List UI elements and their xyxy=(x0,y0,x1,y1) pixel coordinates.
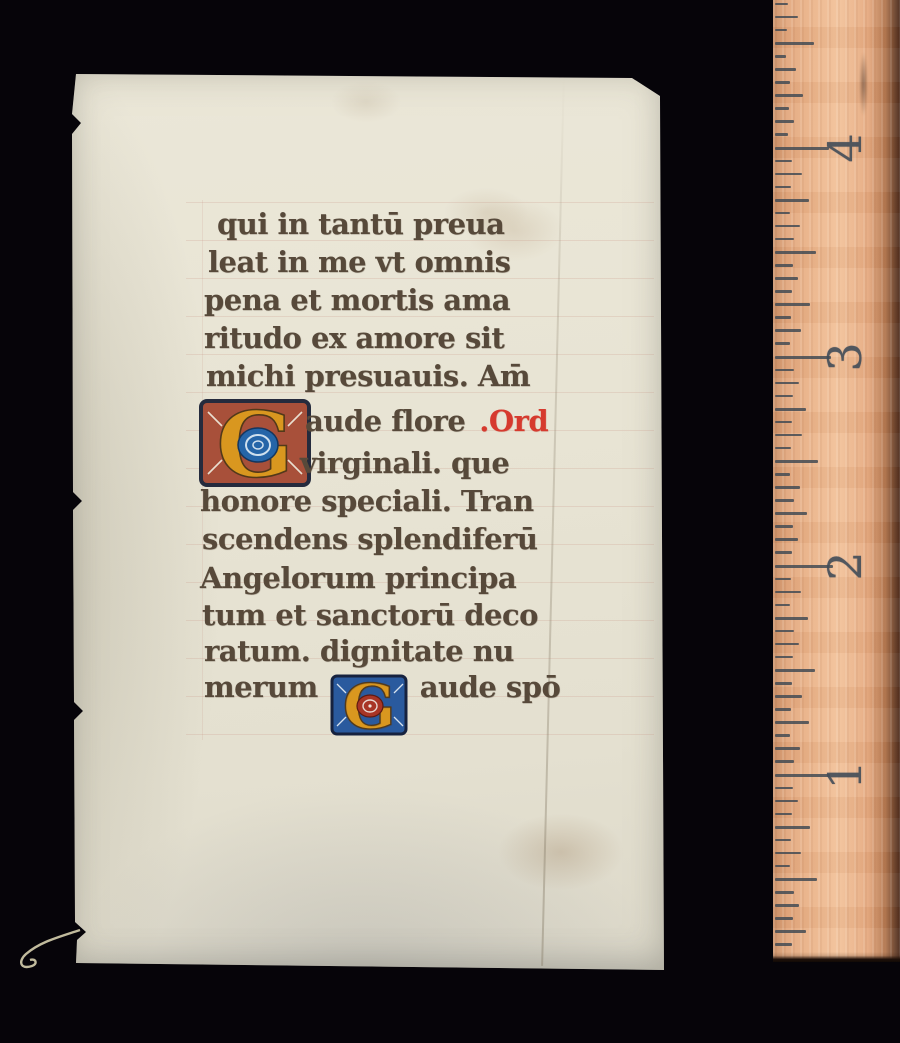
ruler-tick xyxy=(775,656,793,659)
ruler-number-4: 4 xyxy=(815,118,875,178)
ruler-tick xyxy=(775,408,806,411)
ruler-tick xyxy=(775,604,790,607)
ruler-tick xyxy=(775,891,794,894)
ruler-tick xyxy=(775,852,801,855)
ruler-tick xyxy=(775,225,800,228)
ruler-tick xyxy=(775,277,798,280)
ruler-tick xyxy=(775,551,792,554)
manuscript-leaf: qui in tantū preua leat in me vt omnis p… xyxy=(66,72,666,972)
ruler-tick xyxy=(775,708,791,711)
ruler-tick xyxy=(775,421,792,424)
ruler-tick xyxy=(775,55,786,58)
ruler-end-edge xyxy=(773,952,900,962)
ruler-number-3: 3 xyxy=(815,327,875,387)
manuscript-line-13: merum G aude spō xyxy=(204,668,560,736)
ruler-tick xyxy=(775,943,792,946)
ruler-tick xyxy=(775,16,798,19)
ruler-tick xyxy=(775,460,818,463)
ruler-tick xyxy=(775,329,801,332)
ruler-tick xyxy=(775,591,801,594)
ruler-tick xyxy=(775,94,803,97)
ruler-tick xyxy=(775,447,791,450)
illuminated-initial-large: G xyxy=(198,398,312,488)
ruler-number-2: 2 xyxy=(815,536,875,596)
ruler-tick xyxy=(775,760,794,763)
ruler-tick xyxy=(775,42,814,45)
ruler-tick xyxy=(775,3,788,6)
ruler-tick xyxy=(775,512,807,515)
ruler-tick xyxy=(775,251,816,254)
ruler-tick xyxy=(775,538,798,541)
ruler-tick xyxy=(775,930,806,933)
ruler-tick xyxy=(775,904,799,907)
ruler-tick xyxy=(775,787,793,790)
ruler-tick xyxy=(775,199,809,202)
manuscript-line-11: tum et sanctorū deco xyxy=(202,596,538,634)
ruler-tick xyxy=(775,643,799,646)
ruler-tick xyxy=(775,747,800,750)
ruler-tick xyxy=(775,499,794,502)
ruler-tick xyxy=(775,617,808,620)
illuminated-initial-small: G xyxy=(330,674,410,740)
manuscript-line-3: pena et mortis ama xyxy=(204,281,510,319)
rubric-text: .Ord xyxy=(479,404,548,438)
line-6-text: aude flore xyxy=(305,404,465,438)
manuscript-line-9: scendens splendiferū xyxy=(202,520,538,558)
ruler-tick xyxy=(775,342,790,345)
ruler-tick xyxy=(775,578,791,581)
manuscript-line-2: leat in me vt omnis xyxy=(208,243,510,281)
sewing-thread xyxy=(10,916,90,976)
ruler-tick xyxy=(775,316,791,319)
manuscript-line-4: ritudo ex amore sit xyxy=(204,319,504,357)
ruler-tick xyxy=(775,173,802,176)
ruler-tick xyxy=(775,160,792,163)
ruler-tick xyxy=(775,721,809,724)
ruler-tick xyxy=(775,290,792,293)
ruler-tick xyxy=(775,878,817,881)
ruler-tick xyxy=(775,238,794,241)
ruler-tick xyxy=(775,813,792,816)
photo-background: qui in tantū preua leat in me vt omnis p… xyxy=(0,0,900,1043)
wood-grain-streak xyxy=(859,52,868,116)
ruler-tick xyxy=(775,81,790,84)
ruler-tick xyxy=(775,473,790,476)
ruler-tick xyxy=(775,395,793,398)
ruler-tick xyxy=(775,865,790,868)
ruler-tick xyxy=(775,68,796,71)
manuscript-line-7: virginali. que xyxy=(300,444,509,482)
line-13-text-after: aude spō xyxy=(420,668,561,706)
ruler-tick xyxy=(775,29,787,32)
ruler-tick xyxy=(775,682,792,685)
ruler-tick xyxy=(775,839,791,842)
ruler-tick xyxy=(775,382,799,385)
ruler-tick xyxy=(775,486,800,489)
ruler-tick xyxy=(775,669,815,672)
ruler-tick xyxy=(775,695,802,698)
manuscript-line-6: aude flore.Ord xyxy=(305,402,548,440)
ruler-tick xyxy=(775,734,790,737)
ruler-tick xyxy=(775,212,790,215)
ruler-tick xyxy=(775,525,793,528)
manuscript-line-10: Angelorum principa xyxy=(200,559,516,597)
line-13-text: merum xyxy=(204,668,318,706)
ruler-tick xyxy=(775,369,794,372)
ruler-tick xyxy=(775,186,791,189)
ruler-tick xyxy=(775,133,788,136)
manuscript-line-1: qui in tantū preua xyxy=(217,205,504,243)
ruler-number-1: 1 xyxy=(815,745,875,805)
ruler-tick xyxy=(775,917,793,920)
ruler-tick xyxy=(775,434,802,437)
manuscript-line-8: honore speciali. Tran xyxy=(200,482,534,520)
ruler-tick xyxy=(775,630,794,633)
ruler-tick xyxy=(775,120,794,123)
ruler-tick xyxy=(775,800,798,803)
ruler-tick xyxy=(775,303,810,306)
ruler: 4 3 2 1 xyxy=(773,0,900,962)
ruler-tick xyxy=(775,264,793,267)
manuscript-line-12: ratum. dignitate nu xyxy=(204,632,514,670)
manuscript-line-5: michi presuauis. Am̄ xyxy=(206,357,530,395)
ruler-tick xyxy=(775,826,810,829)
ruler-tick xyxy=(775,107,789,110)
